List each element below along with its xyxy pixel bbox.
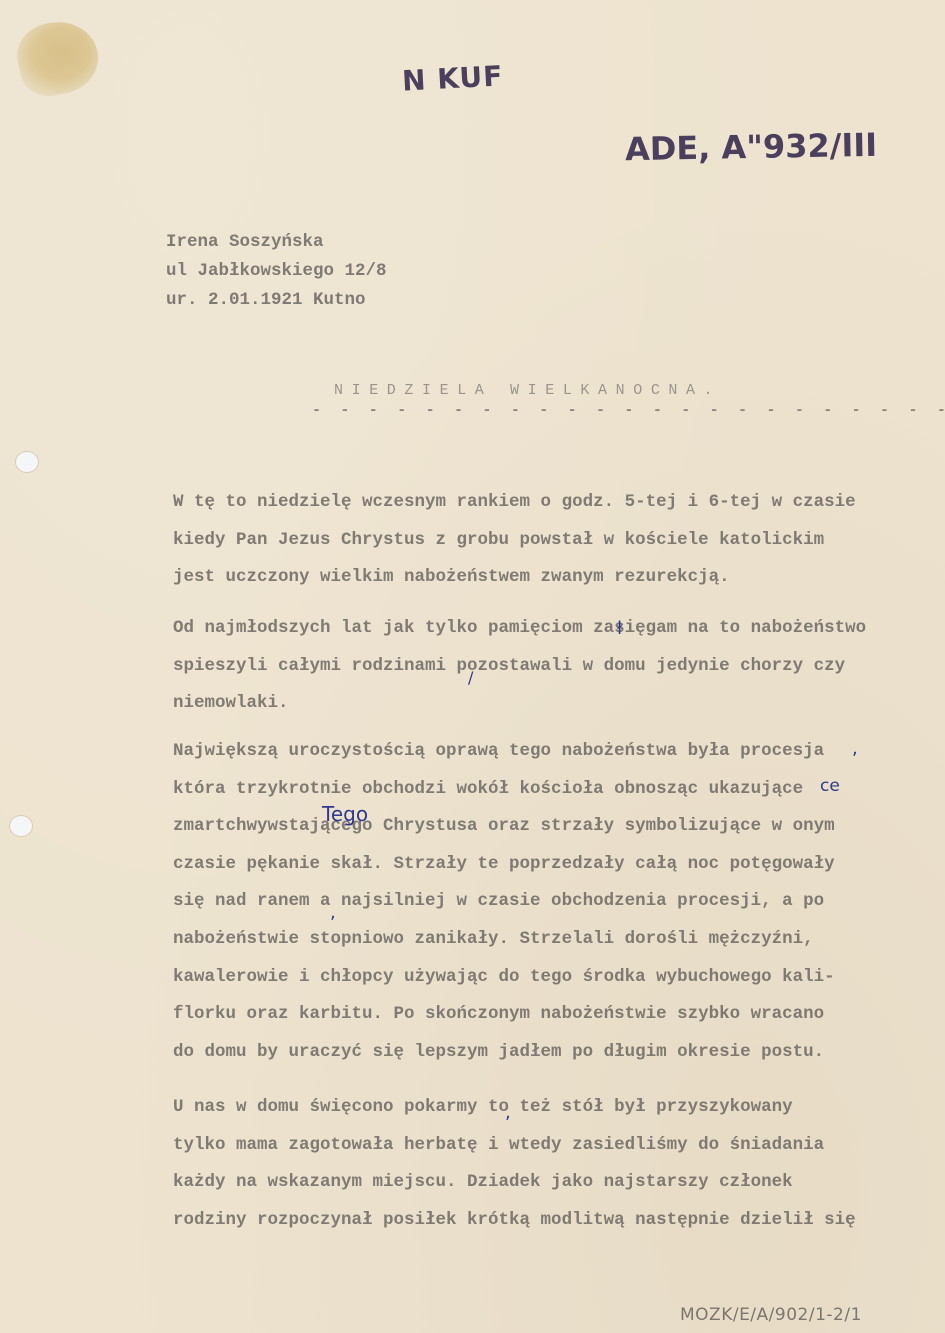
paper-stain <box>11 14 104 101</box>
sender-name: Irena Soszyńska <box>166 228 387 257</box>
text-line: zmartchwywstającego Chrystusa oraz strza… <box>173 808 835 846</box>
text-line: Największą uroczystością oprawą tego nab… <box>173 733 835 771</box>
text-line: kawalerowie i chłopcy używając do tego ś… <box>173 959 835 997</box>
text-line: nabożeństwie stopniowo zanikały. Strzela… <box>173 921 835 959</box>
text-line: spieszyli całymi rodzinami pozostawali w… <box>173 648 866 686</box>
paragraph-4: U nas w domu święcono pokarmy to też stó… <box>173 1089 856 1239</box>
text-line: niemowlaki. <box>173 685 866 723</box>
text-line: U nas w domu święcono pokarmy to też stó… <box>173 1089 856 1127</box>
handwritten-correction: , <box>852 738 858 759</box>
text-line: rodziny rozpoczynał posiłek krótką modli… <box>173 1202 856 1240</box>
punch-hole-bottom <box>10 816 32 836</box>
handwritten-signature-reference: ADE, A"932/III <box>625 126 878 168</box>
handwritten-correction: ce <box>820 776 840 796</box>
text-line: tylko mama zagotowała herbatę i wtedy za… <box>173 1127 856 1165</box>
handwritten-note-top: N KUF <box>401 59 504 97</box>
paragraph-3: Największą uroczystością oprawą tego nab… <box>173 733 835 1071</box>
sender-address: ul Jabłkowskiego 12/8 <box>166 257 387 286</box>
text-line: każdy na wskazanym miejscu. Dziadek jako… <box>173 1164 856 1202</box>
archive-number: MOZK/E/A/902/1-2/1 <box>680 1305 862 1325</box>
text-line: kiedy Pan Jezus Chrystus z grobu powstał… <box>173 522 856 560</box>
paragraph-2: Od najmłodszych lat jak tylko pamięciom … <box>173 610 866 723</box>
handwritten-correction: Tego <box>322 802 368 826</box>
handwritten-correction: / <box>468 668 473 687</box>
text-line: Od najmłodszych lat jak tylko pamięciom … <box>173 610 866 648</box>
text-line: florku oraz karbitu. Po skończonym naboż… <box>173 996 835 1034</box>
handwritten-correction: , <box>330 902 336 923</box>
text-line: jest uczczony wielkim nabożeństwem zwany… <box>173 559 856 597</box>
text-line: która trzykrotnie obchodzi wokół kościoł… <box>173 771 835 809</box>
sender-block: Irena Soszyńskaul Jabłkowskiego 12/8ur. … <box>166 228 387 315</box>
text-line: W tę to niedzielę wczesnym rankiem o god… <box>173 484 856 522</box>
handwritten-correction: , <box>505 1102 511 1123</box>
document-title: NIEDZIELA WIELKANOCNA. <box>334 382 721 399</box>
text-line: się nad ranem a najsilniej w czasie obch… <box>173 883 835 921</box>
punch-hole-top <box>16 452 38 472</box>
paragraph-1: W tę to niedzielę wczesnym rankiem o god… <box>173 484 856 597</box>
text-line: czasie pękanie skał. Strzały te poprzedz… <box>173 846 835 884</box>
handwritten-correction: ł <box>617 618 622 639</box>
text-line: do domu by uraczyć się lepszym jadłem po… <box>173 1034 835 1072</box>
sender-birth: ur. 2.01.1921 Kutno <box>166 286 387 315</box>
title-underline: - - - - - - - - - - - - - - - - - - - - … <box>312 402 945 419</box>
